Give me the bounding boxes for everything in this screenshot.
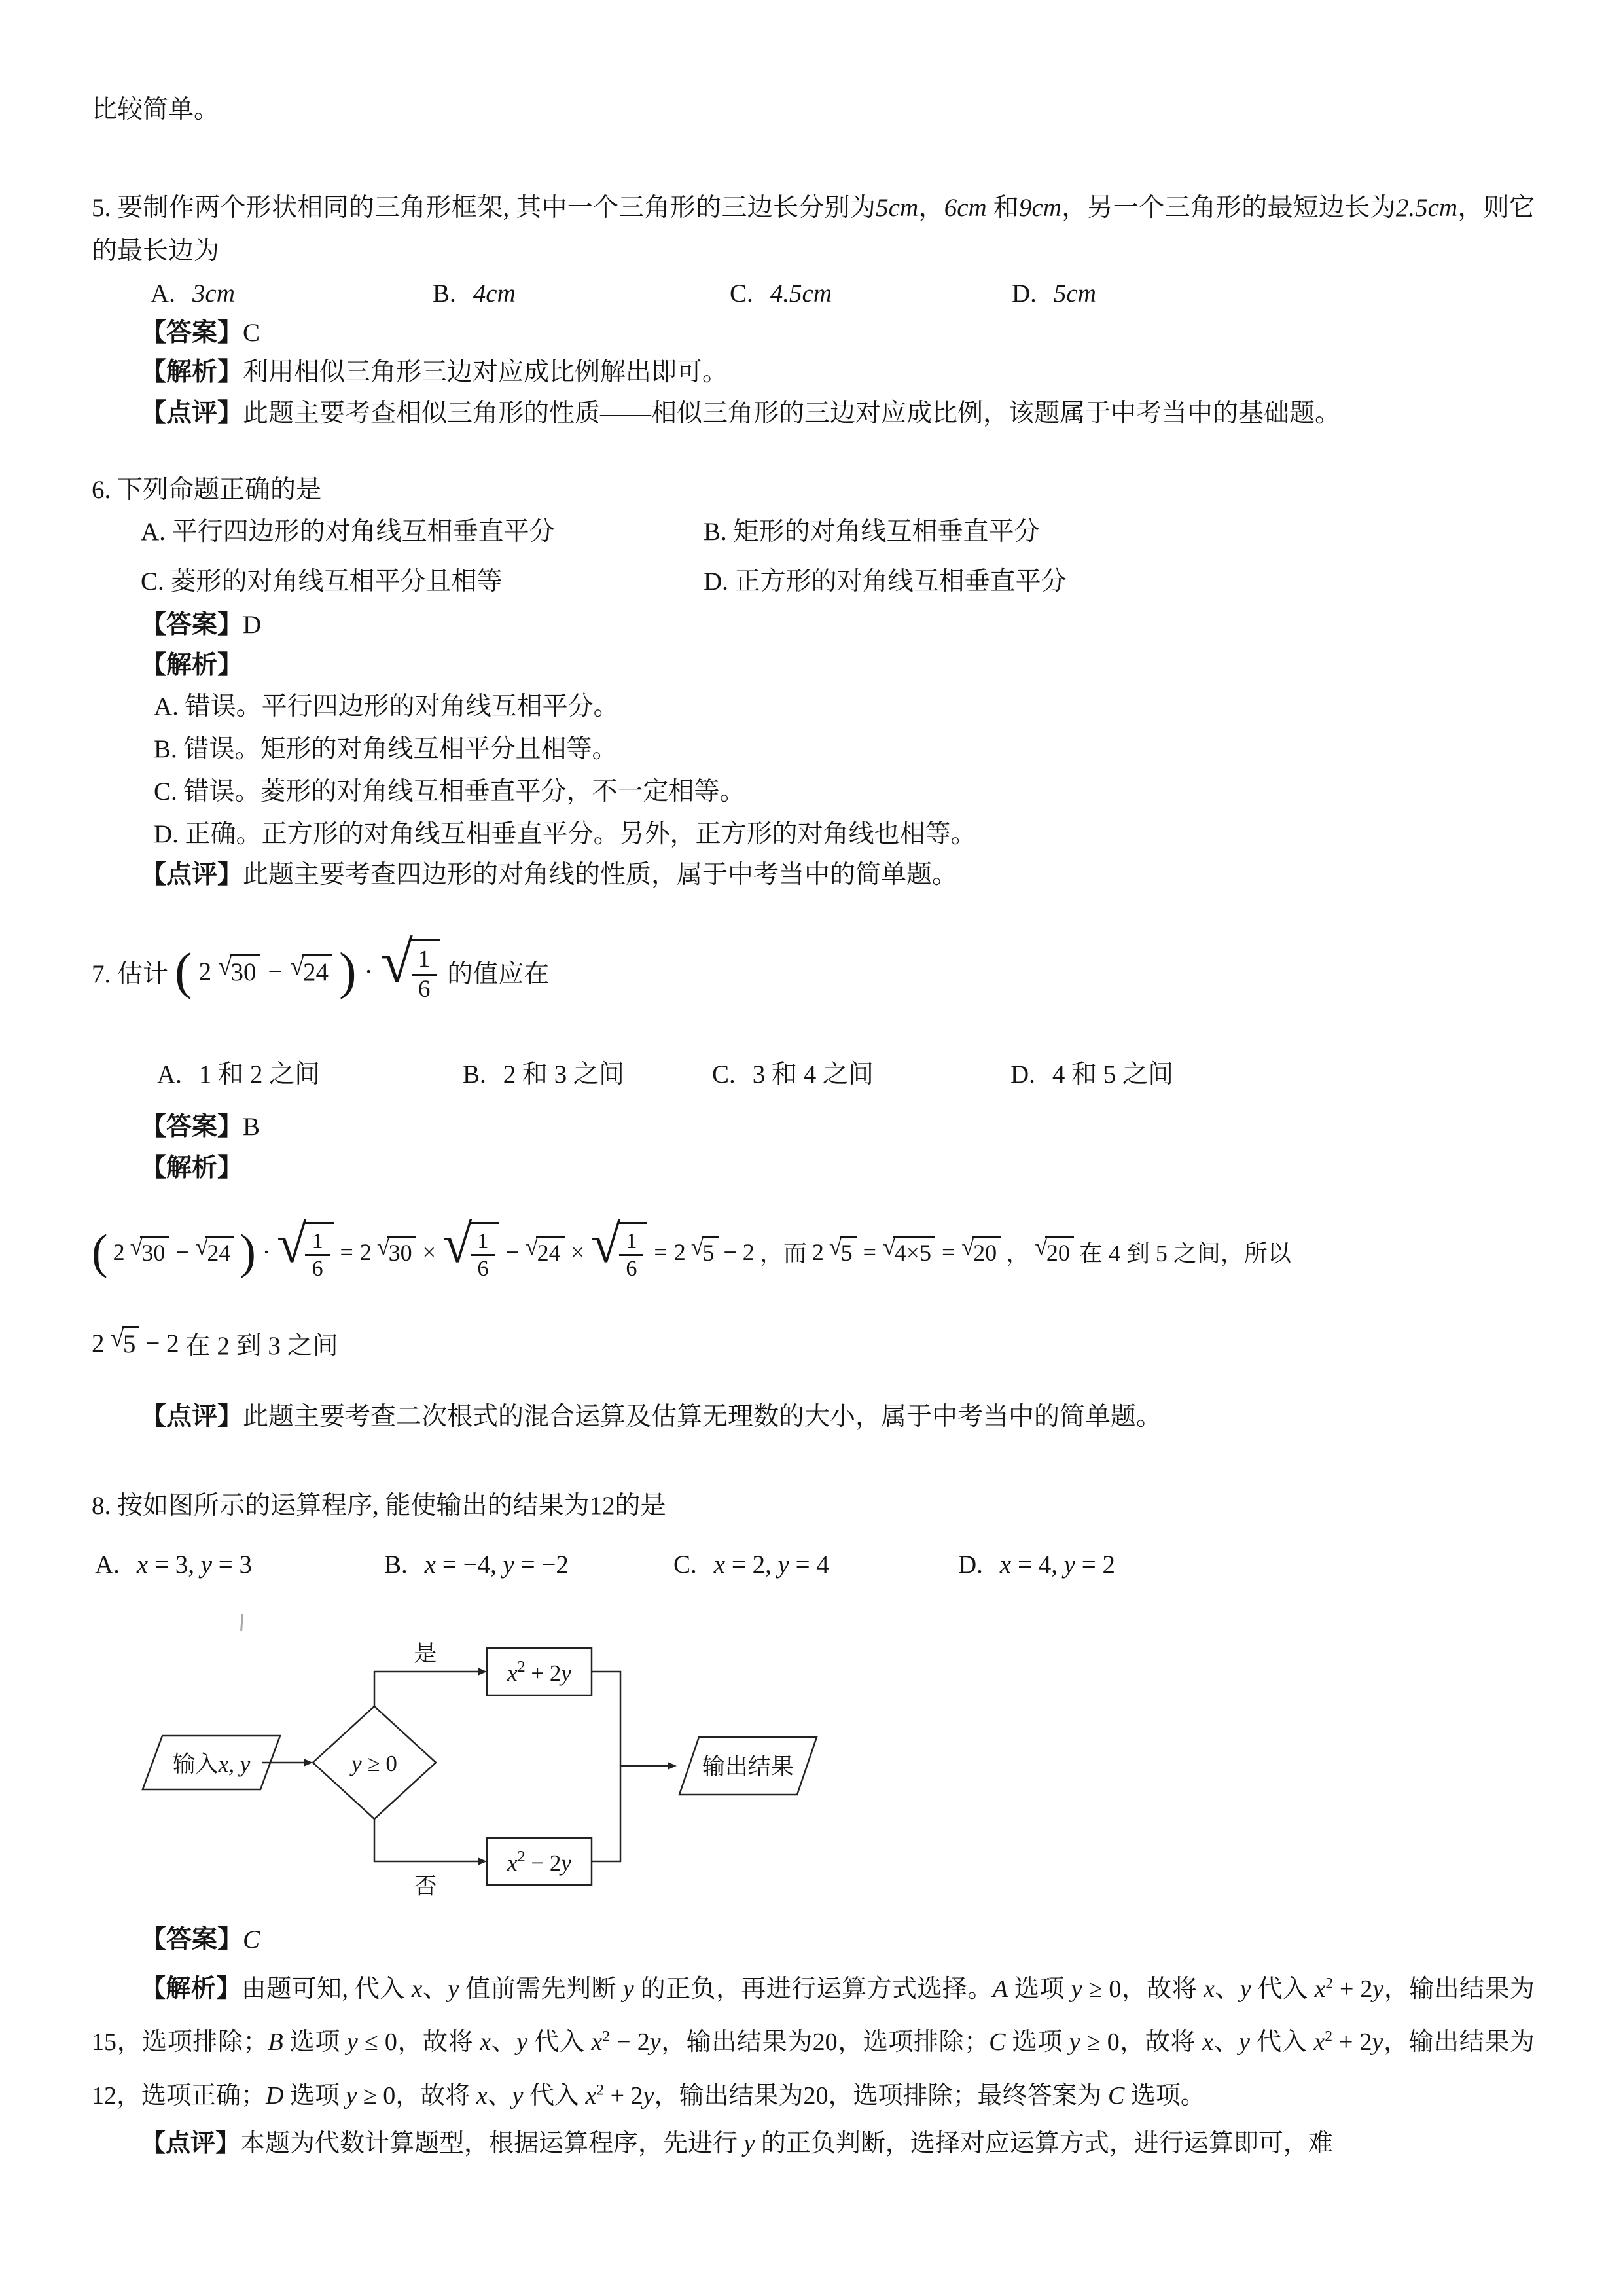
q5-answer: 【答案】C: [141, 314, 1535, 353]
q8-explanation: 【解析】由题可知, 代入 x、y 值前需先判断 y 的正负，再进行运算方式选择。…: [92, 1960, 1535, 2120]
flow-arrowhead: [668, 1762, 677, 1770]
flowchart: 输入x, y y ≥ 0 是 x2 + 2y 否 x2 − 2y: [105, 1638, 1535, 1906]
q5-comment: 【点评】此题主要考查相似三角形的性质——相似三角形的三边对应成比例，该题属于中考…: [141, 394, 1535, 433]
q7-comment: 【点评】此题主要考查二次根式的混合运算及估算无理数的大小，属于中考当中的简单题。: [141, 1397, 1535, 1437]
sqrt-5: √5: [691, 1236, 719, 1268]
q5-options: A.3cm B.4cm C.4.5cm D.5cm: [92, 274, 1535, 314]
q6-option-b: B. 矩形的对角线互相垂直平分: [704, 512, 1040, 552]
q7-answer: 【答案】B: [141, 1107, 1535, 1147]
flow-condition-label: y ≥ 0: [349, 1751, 397, 1776]
sqrt-24: √24: [291, 954, 332, 990]
question-5: 5. 要制作两个形状相同的三角形框架, 其中一个三角形的三边长分别为5cm，6c…: [92, 187, 1535, 433]
sqrt-one-sixth: √16: [591, 1222, 648, 1282]
q6-explanation-item-c: C. 错误。菱形的对角线互相垂直平分，不一定相等。: [154, 770, 1535, 813]
sqrt-20: √20: [961, 1236, 1001, 1268]
flow-arrowhead: [478, 1857, 487, 1865]
flow-arrowhead: [478, 1668, 487, 1676]
q6-option-a: A. 平行四边形的对角线互相垂直平分: [141, 512, 704, 552]
q7-option-c: C.3 和 4 之间: [712, 1055, 1010, 1094]
q8-option-c: C.x = 2, y = 4: [673, 1545, 958, 1585]
sqrt-one-sixth: √16: [277, 1222, 334, 1282]
q5-option-d: D.5cm: [1012, 274, 1096, 314]
paragraph-intro: 比较简单。: [92, 90, 1535, 130]
q7-text: 7. 估计 ( 2 √30 − √24 ) · √16 的值应在: [92, 921, 1535, 1022]
q8-answer: 【答案】C: [141, 1920, 1535, 1960]
flow-merge-line-bottom: [592, 1766, 620, 1861]
q5-option-a: A.3cm: [151, 274, 433, 314]
flow-yes-label: 是: [414, 1641, 437, 1666]
flow-box-bottom-label: x2 − 2y: [507, 1848, 571, 1876]
sqrt-20: √20: [1035, 1236, 1074, 1268]
q8-text: 8. 按如图所示的运算程序, 能使输出的结果为12的是: [92, 1486, 1535, 1526]
q5-option-c: C.4.5cm: [730, 274, 1012, 314]
document-page: 比较简单。 5. 要制作两个形状相同的三角形框架, 其中一个三角形的三边长分别为…: [0, 0, 1623, 2296]
sqrt-24: √24: [196, 1236, 235, 1268]
flow-output-label: 输出结果: [702, 1754, 794, 1780]
left-paren: (: [175, 946, 192, 998]
sqrt-one-sixth: √16: [381, 939, 441, 1003]
sqrt-30: √30: [130, 1236, 169, 1268]
flow-merge-line-top: [592, 1672, 620, 1766]
q7-option-a: A.1 和 2 之间: [157, 1055, 463, 1094]
sqrt-5: √5: [829, 1236, 857, 1268]
question-7: 7. 估计 ( 2 √30 − √24 ) · √16 的值应在 A.1 和 2…: [92, 921, 1535, 1437]
sqrt-5: √5: [111, 1326, 140, 1361]
q5-option-b: B.4cm: [433, 274, 730, 314]
q8-option-a: A.x = 3, y = 3: [95, 1545, 384, 1585]
flow-no-label: 否: [414, 1874, 437, 1899]
question-8: 8. 按如图所示的运算程序, 能使输出的结果为12的是 A.x = 3, y =…: [92, 1486, 1535, 2168]
q8-option-b: B.x = −4, y = −2: [384, 1545, 673, 1585]
flow-input-label: 输入x, y: [173, 1751, 251, 1777]
q6-explanation-item-a: A. 错误。平行四边形的对角线互相平分。: [154, 685, 1535, 728]
right-paren: ): [339, 946, 357, 998]
q7-options: A.1 和 2 之间 B.2 和 3 之间 C.3 和 4 之间 D.4 和 5…: [92, 1055, 1535, 1094]
flow-no-branch-line: [374, 1819, 479, 1861]
q7-formula-line2: 2 √5 − 2 在 2 到 3 之间: [92, 1316, 1535, 1371]
q6-explanation-item-d: D. 正确。正方形的对角线互相垂直平分。另外，正方形的对角线也相等。: [154, 813, 1535, 855]
flow-yes-branch-line: [374, 1672, 479, 1706]
q5-text: 5. 要制作两个形状相同的三角形框架, 其中一个三角形的三边长分别为5cm，6c…: [92, 187, 1535, 273]
q6-options: A. 平行四边形的对角线互相垂直平分 B. 矩形的对角线互相垂直平分 C. 菱形…: [92, 512, 1535, 601]
q8-options: A.x = 3, y = 3 B.x = −4, y = −2 C.x = 2,…: [92, 1545, 1535, 1585]
q6-explanation-label: 【解析】: [141, 646, 1535, 685]
sqrt-24: √24: [526, 1236, 565, 1268]
q8-comment: 【点评】本题为代数计算题型，根据运算程序，先进行 y 的正负判断，选择对应运算方…: [92, 2120, 1535, 2168]
sqrt-one-sixth: √16: [442, 1222, 499, 1282]
q8-option-d: D.x = 4, y = 2: [958, 1545, 1115, 1585]
q7-option-d: D.4 和 5 之间: [1010, 1055, 1173, 1094]
q7-option-b: B.2 和 3 之间: [463, 1055, 712, 1094]
q7-formula: ( 2 √30 − √24 ) · √16 = 2 √30 × √16 − √2…: [92, 1198, 1535, 1306]
flow-box-top-label: x2 + 2y: [507, 1659, 571, 1686]
q7-explanation-label: 【解析】: [141, 1149, 1535, 1188]
sqrt-30: √30: [377, 1236, 416, 1268]
q6-option-d: D. 正方形的对角线互相垂直平分: [704, 562, 1067, 601]
sqrt-30: √30: [218, 954, 260, 990]
question-6: 6. 下列命题正确的是 A. 平行四边形的对角线互相垂直平分 B. 矩形的对角线…: [92, 471, 1535, 895]
q6-comment: 【点评】此题主要考查四边形的对角线的性质，属于中考当中的简单题。: [141, 855, 1535, 895]
q6-text: 6. 下列命题正确的是: [92, 471, 1535, 510]
sqrt-4x5: √4×5: [883, 1236, 935, 1268]
q6-option-c: C. 菱形的对角线互相平分且相等: [141, 562, 704, 601]
q5-explanation: 【解析】利用相似三角形三边对应成比例解出即可。: [141, 353, 1535, 392]
q6-answer: 【答案】D: [141, 605, 1535, 645]
q6-explanation-item-b: B. 错误。矩形的对角线互相平分且相等。: [154, 728, 1535, 770]
flow-arrowhead: [304, 1759, 313, 1767]
stray-mark: [240, 1614, 243, 1631]
